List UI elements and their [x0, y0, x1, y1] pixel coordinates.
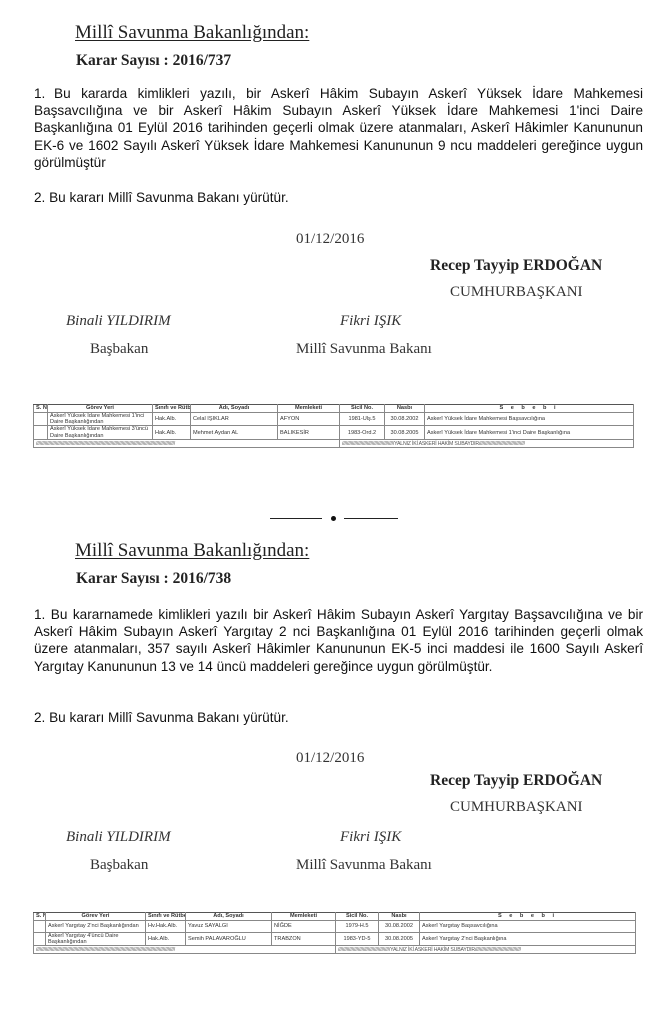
cell-memleket: AFYON [278, 412, 340, 426]
col-sinifi: Sınıfı ve Rütbesi [146, 913, 186, 921]
footer-fill-right: ///////////////////////////////////// [479, 441, 525, 447]
footer-text: YALNIZ İKİ ASKERİ HAKİM SUBAYDIR [390, 947, 475, 953]
president-title: CUMHURBAŞKANI [450, 799, 583, 816]
pm-title: Başbakan [90, 341, 148, 358]
decision-number: Karar Sayısı : 2016/738 [76, 570, 231, 588]
col-sno: S. No [34, 913, 46, 921]
col-gorev-yeri: Görev Yeri [48, 405, 153, 413]
separator-line-left [270, 518, 322, 519]
ministry-heading: Millî Savunma Bakanlığından: [75, 22, 309, 44]
article-1-number: 1. [34, 607, 45, 622]
cell-nasbi: 30.08.2005 [385, 426, 425, 440]
article-1-text: Bu kararda kimlikleri yazılı, bir Askerî… [34, 86, 643, 170]
cell-sno [34, 920, 46, 932]
footer-fill: ////////////////////////////////////////… [34, 946, 336, 954]
table-footer-row: ////////////////////////////////////////… [34, 440, 634, 448]
decision-number: Karar Sayısı : 2016/737 [76, 52, 231, 70]
table-header-row: S. No Görev Yeri Sınıfı ve Rütbesi Adı, … [34, 405, 634, 413]
article-1: 1. Bu kararnamede kimlikleri yazılı bir … [34, 606, 643, 675]
cell-name: Yavuz SAYALGI [186, 920, 272, 932]
pm-name: Binali YILDIRIM [66, 313, 171, 330]
col-sebebi: S e b e b i [420, 913, 636, 921]
cell-rutbe: Hak.Alb. [153, 412, 191, 426]
cell-sebebi: Askerî Yargıtay Başsavcılığına [420, 920, 636, 932]
cell-gorev-yeri: Askerî Yargıtay 4'üncü Daire Başkanlığın… [46, 932, 146, 946]
table-row: Askerî Yüksek İdare Mahkemesi 1'inci Dai… [34, 412, 634, 426]
separator-line-right [344, 518, 398, 519]
ministry-heading: Millî Savunma Bakanlığından: [75, 540, 309, 562]
col-adi-soyadi: Adı, Soyadı [191, 405, 278, 413]
table-row: Askerî Yargıtay 2'nci Başkanlığından Hv.… [34, 920, 636, 932]
col-sno: S. No [34, 405, 48, 413]
president-name: Recep Tayyip ERDOĞAN [430, 257, 602, 275]
article-1-number: 1. [34, 85, 54, 102]
cell-gorev-yeri: Askerî Yüksek İdare Mahkemesi 3'üncü Dai… [48, 426, 153, 440]
col-sebebi: S e b e b i [425, 405, 634, 413]
president-name: Recep Tayyip ERDOĞAN [430, 772, 602, 790]
separator-dot-icon [331, 516, 336, 521]
cell-sno [34, 412, 48, 426]
cell-sicil: 1983-YD-5 [336, 932, 379, 946]
cell-rutbe: Hak.Alb. [146, 932, 186, 946]
footer-fill: ////////////////////////////////////////… [34, 440, 340, 448]
cell-sicil: 1981-Ulş.5 [340, 412, 385, 426]
pm-name: Binali YILDIRIM [66, 829, 171, 846]
footer-fill-left: ////////////////////////////////////////… [338, 947, 390, 953]
cell-sebebi: Askerî Yüksek İdare Mahkemesi Başsavcılı… [425, 412, 634, 426]
cell-nasbi: 30.08.2002 [385, 412, 425, 426]
table-row: Askerî Yüksek İdare Mahkemesi 3'üncü Dai… [34, 426, 634, 440]
cell-sno [34, 426, 48, 440]
appointment-table-738: S. No Görev Yeri Sınıfı ve Rütbesi Adı, … [33, 912, 636, 954]
table-row: Askerî Yargıtay 4'üncü Daire Başkanlığın… [34, 932, 636, 946]
decision-date: 01/12/2016 [296, 750, 364, 767]
cell-gorev-yeri: Askerî Yargıtay 2'nci Başkanlığından [46, 920, 146, 932]
decision-date: 01/12/2016 [296, 231, 364, 248]
article-1-text: Bu kararnamede kimlikleri yazılı bir Ask… [34, 607, 643, 674]
pm-title: Başbakan [90, 857, 148, 874]
appointment-table-737: S. No Görev Yeri Sınıfı ve Rütbesi Adı, … [33, 404, 634, 448]
footer-total: ////////////////////////////////////////… [340, 440, 634, 448]
table-header-row: S. No Görev Yeri Sınıfı ve Rütbesi Adı, … [34, 913, 636, 921]
col-sicil-no: Sicil No. [336, 913, 379, 921]
col-adi-soyadi: Adı, Soyadı [186, 913, 272, 921]
cell-name: Celal IŞIKLAR [191, 412, 278, 426]
col-nasbi: Nasbı [385, 405, 425, 413]
cell-nasbi: 30.08.2005 [379, 932, 420, 946]
cell-sicil: 1979-H.5 [336, 920, 379, 932]
defense-minister-name: Fikri IŞIK [340, 313, 401, 330]
cell-sicil: 1983-Ord.2 [340, 426, 385, 440]
footer-total: ////////////////////////////////////////… [336, 946, 636, 954]
col-memleketi: Memleketi [272, 913, 336, 921]
cell-rutbe: Hak.Alb. [153, 426, 191, 440]
col-sicil-no: Sicil No. [340, 405, 385, 413]
cell-memleket: TRABZON [272, 932, 336, 946]
col-gorev-yeri: Görev Yeri [46, 913, 146, 921]
cell-memleket: BALIKESİR [278, 426, 340, 440]
cell-memleket: NİĞDE [272, 920, 336, 932]
col-sinifi: Sınıfı ve Rütbesi [153, 405, 191, 413]
cell-nasbi: 30.08.2002 [379, 920, 420, 932]
cell-sebebi: Askerî Yargıtay 2'nci Başkanlığına [420, 932, 636, 946]
footer-fill-left: ////////////////////////////////////////… [342, 441, 394, 447]
table-footer-row: ////////////////////////////////////////… [34, 946, 636, 954]
defense-minister-title: Millî Savunma Bakanı [296, 341, 432, 358]
article-2: 2. Bu kararı Millî Savunma Bakanı yürütü… [34, 710, 289, 725]
cell-name: Semih PALAVAROĞLU [186, 932, 272, 946]
footer-text: YALNIZ İKİ ASKERİ HAKİM SUBAYDIR [394, 441, 479, 447]
article-2: 2. Bu kararı Millî Savunma Bakanı yürütü… [34, 190, 289, 205]
cell-rutbe: Hv.Hak.Alb. [146, 920, 186, 932]
president-title: CUMHURBAŞKANI [450, 284, 583, 301]
footer-fill-right: ///////////////////////////////////// [475, 947, 521, 953]
col-memleketi: Memleketi [278, 405, 340, 413]
defense-minister-name: Fikri IŞIK [340, 829, 401, 846]
cell-sebebi: Askerî Yüksek İdare Mahkemesi 1'inci Dai… [425, 426, 634, 440]
article-1: 1.Bu kararda kimlikleri yazılı, bir Aske… [34, 85, 643, 171]
cell-name: Mehmet Aydan AL [191, 426, 278, 440]
defense-minister-title: Millî Savunma Bakanı [296, 857, 432, 874]
cell-sno [34, 932, 46, 946]
col-nasbi: Nasbı [379, 913, 420, 921]
cell-gorev-yeri: Askerî Yüksek İdare Mahkemesi 1'inci Dai… [48, 412, 153, 426]
